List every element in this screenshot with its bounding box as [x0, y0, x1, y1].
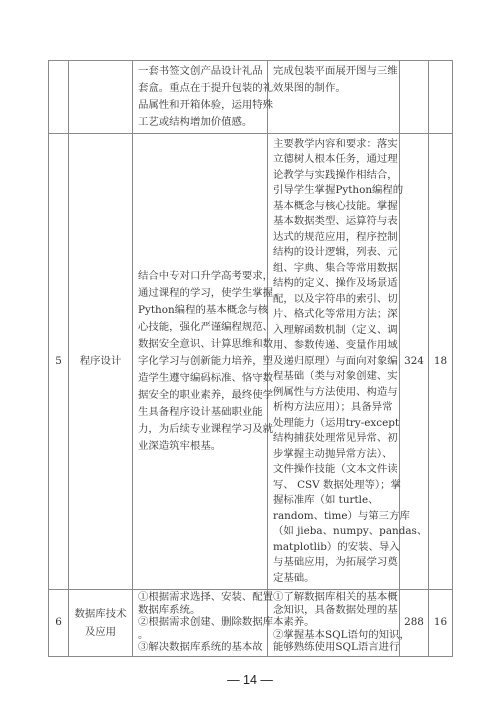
- text-line: 结构的定义、操作及场景适: [273, 276, 395, 292]
- table-row: 5 程序设计 结合中专对口升学高考要求， 通过课程的学习，使学生掌握 Pytho…: [49, 134, 453, 590]
- text-line: 及递归原理）与面向对象编: [273, 354, 395, 370]
- text-line: 工艺或结构增加价值感。: [138, 114, 263, 131]
- text-line: 结合中专对口升学高考要求，: [138, 268, 263, 285]
- cell-semester: 18: [429, 134, 453, 590]
- text-line: 结构捕获处理常见异常、初: [273, 431, 395, 447]
- text-line: 基本数据类型、运算符与表: [273, 214, 395, 230]
- text-line: 念知识，具备数据处理的基: [273, 604, 395, 617]
- text-line: 步掌握主动抛异常方法）、: [273, 447, 395, 463]
- cell-semester: [429, 61, 453, 134]
- text-line: 组、字典、集合等常用数据: [273, 261, 395, 277]
- text-line: （如 jieba、numpy、pandas、: [273, 524, 395, 540]
- text-line: 立德树人根本任务，通过理: [273, 152, 395, 168]
- text-line: 例属性与方法使用、构造与: [273, 385, 395, 401]
- table-row: 6 数据库技术 及应用 ①根据需求选择、安装、配置 数据库系统。 ②根据需求创建…: [49, 590, 453, 657]
- text-line: 主要教学内容和要求：落实: [273, 137, 395, 153]
- page-number: — 14 —: [0, 673, 500, 687]
- text-line: 片、格式化等常用方法；深: [273, 307, 395, 323]
- cell-index: [49, 61, 69, 134]
- cell-content: ①了解数据库相关的基本概 念知识，具备数据处理的基 本素养。 ②掌握基本SQL语…: [268, 590, 400, 657]
- cell-course: [69, 61, 133, 134]
- text-line: 程基础（类与对象创建、实: [273, 369, 395, 385]
- text-line: 套盒。重点在于提升包装的礼: [138, 80, 263, 97]
- course-name-line: 数据库技术: [69, 605, 132, 623]
- text-line: 写、 CSV 数据处理等）；掌: [273, 478, 395, 494]
- text-line: 结构的设计逻辑，列表、元: [273, 245, 395, 261]
- text-line: 据安全的职业素养，最终使学: [138, 387, 263, 404]
- text-line: 数据安全意识、计算思维和数: [138, 336, 263, 353]
- text-line: 力，为后续专业课程学习及就: [138, 421, 263, 438]
- cell-course: 数据库技术 及应用: [69, 590, 133, 657]
- text-line: ①根据需求选择、安装、配置: [138, 591, 263, 604]
- cell-content: 完成包装平面展开图与三维 效果图的制作。: [268, 61, 400, 134]
- text-line: 完成包装平面展开图与三维: [273, 63, 395, 80]
- curriculum-table: 一套书签文创产品设计礼品 套盒。重点在于提升包装的礼 品属性和开箱体验，运用特殊…: [48, 60, 453, 657]
- text-line: 业深造筑牢根基。: [138, 438, 263, 455]
- cell-hours: 288: [400, 590, 429, 657]
- cell-content: 主要教学内容和要求：落实 立德树人根本任务，通过理 论教学与实践操作相结合， 引…: [268, 134, 400, 590]
- text-line: 析构方法应用）；具备异常: [273, 400, 395, 416]
- cell-objective: 结合中专对口升学高考要求， 通过课程的学习，使学生掌握 Python编程的基本概…: [133, 134, 268, 590]
- text-line: 握标准库（如 turtle、: [273, 493, 395, 509]
- text-line: 本素养。: [273, 616, 395, 629]
- text-line: ①了解数据库相关的基本概: [273, 591, 395, 604]
- text-line: 用、参数传递、变量作用域: [273, 338, 395, 354]
- text-line: 通过课程的学习，使学生掌握: [138, 285, 263, 302]
- text-line: 与基础应用，为拓展学习奠: [273, 555, 395, 571]
- text-line: 文件操作技能（文本文件读: [273, 462, 395, 478]
- text-line: 效果图的制作。: [273, 80, 395, 97]
- text-line: 配，以及字符串的索引、切: [273, 292, 395, 308]
- cell-semester: 16: [429, 590, 453, 657]
- text-line: 生具备程序设计基础职业能: [138, 404, 263, 421]
- text-line: 能够熟练使用SQL语言进行: [273, 641, 395, 654]
- text-line: Python编程的基本概念与核: [138, 302, 263, 319]
- cell-index: 5: [49, 134, 69, 590]
- text-line: 一套书签文创产品设计礼品: [138, 63, 263, 80]
- text-line: 。: [138, 629, 263, 642]
- text-line: 引导学生掌握Python编程的: [273, 183, 395, 199]
- cell-course: 程序设计: [69, 134, 133, 590]
- text-line: random、time）与第三方库: [273, 509, 395, 525]
- cell-objective: ①根据需求选择、安装、配置 数据库系统。 ②根据需求创建、删除数据库 。 ③解决…: [133, 590, 268, 657]
- text-line: 入理解函数机制（定义、调: [273, 323, 395, 339]
- cell-index: 6: [49, 590, 69, 657]
- text-line: 心技能，强化严谨编程规范、: [138, 319, 263, 336]
- text-line: matplotlib）的安装、导入: [273, 540, 395, 556]
- text-line: 品属性和开箱体验，运用特殊: [138, 97, 263, 114]
- text-line: 达式的规范应用，程序控制: [273, 230, 395, 246]
- table-row: 一套书签文创产品设计礼品 套盒。重点在于提升包装的礼 品属性和开箱体验，运用特殊…: [49, 61, 453, 134]
- cell-hours: [400, 61, 429, 134]
- course-name-line: 及应用: [69, 623, 132, 641]
- text-line: 处理能力（运用try-except: [273, 416, 395, 432]
- text-line: 基本概念与核心技能。掌握: [273, 199, 395, 215]
- text-line: ②掌握基本SQL语句的知识，: [273, 629, 395, 642]
- cell-objective: 一套书签文创产品设计礼品 套盒。重点在于提升包装的礼 品属性和开箱体验，运用特殊…: [133, 61, 268, 134]
- text-line: 字化学习与创新能力培养，塑: [138, 353, 263, 370]
- text-line: ②根据需求创建、删除数据库: [138, 616, 263, 629]
- text-line: 数据库系统。: [138, 604, 263, 617]
- text-line: 定基础。: [273, 571, 395, 587]
- text-line: ③解决数据库系统的基本故: [138, 641, 263, 654]
- text-line: 造学生遵守编码标准、恪守数: [138, 370, 263, 387]
- text-line: 论教学与实践操作相结合，: [273, 168, 395, 184]
